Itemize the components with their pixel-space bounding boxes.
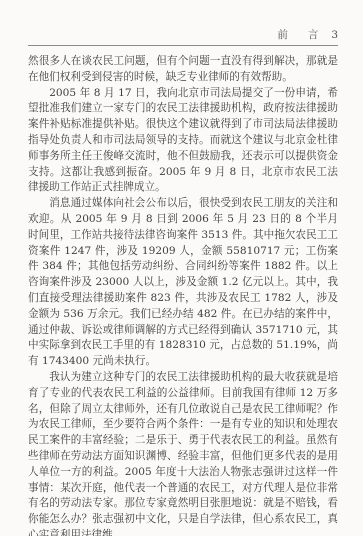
running-title-char-2: 言	[308, 27, 319, 42]
page-body: 然很多人在谈农民工问题，但有个问题一直没有得到解决，那就是在他们权利受到侵害的时…	[28, 54, 338, 536]
paragraph: 2005 年 8 月 17 日，我向北京市司法局提交了一份申请，希望批准我们建立…	[28, 86, 338, 197]
header-rule	[28, 45, 338, 46]
running-title-char-1: 前	[277, 27, 288, 42]
page-header: 前 言 3	[28, 27, 338, 41]
book-page: 前 言 3 然很多人在谈农民工问题，但有个问题一直没有得到解决，那就是在他们权利…	[0, 0, 363, 536]
paragraph: 我认为建立这种专门的农民工法律援助机构的最大收获就是培育了专业的代表农民工利益的…	[28, 370, 338, 536]
paragraph-continuation: 然很多人在谈农民工问题，但有个问题一直没有得到解决，那就是在他们权利受到侵害的时…	[28, 54, 338, 86]
paragraph: 消息通过媒体向社会公布以后，很快受到农民工朋友的关注和欢迎。从 2005 年 9…	[28, 196, 338, 370]
page-number: 3	[331, 29, 338, 41]
